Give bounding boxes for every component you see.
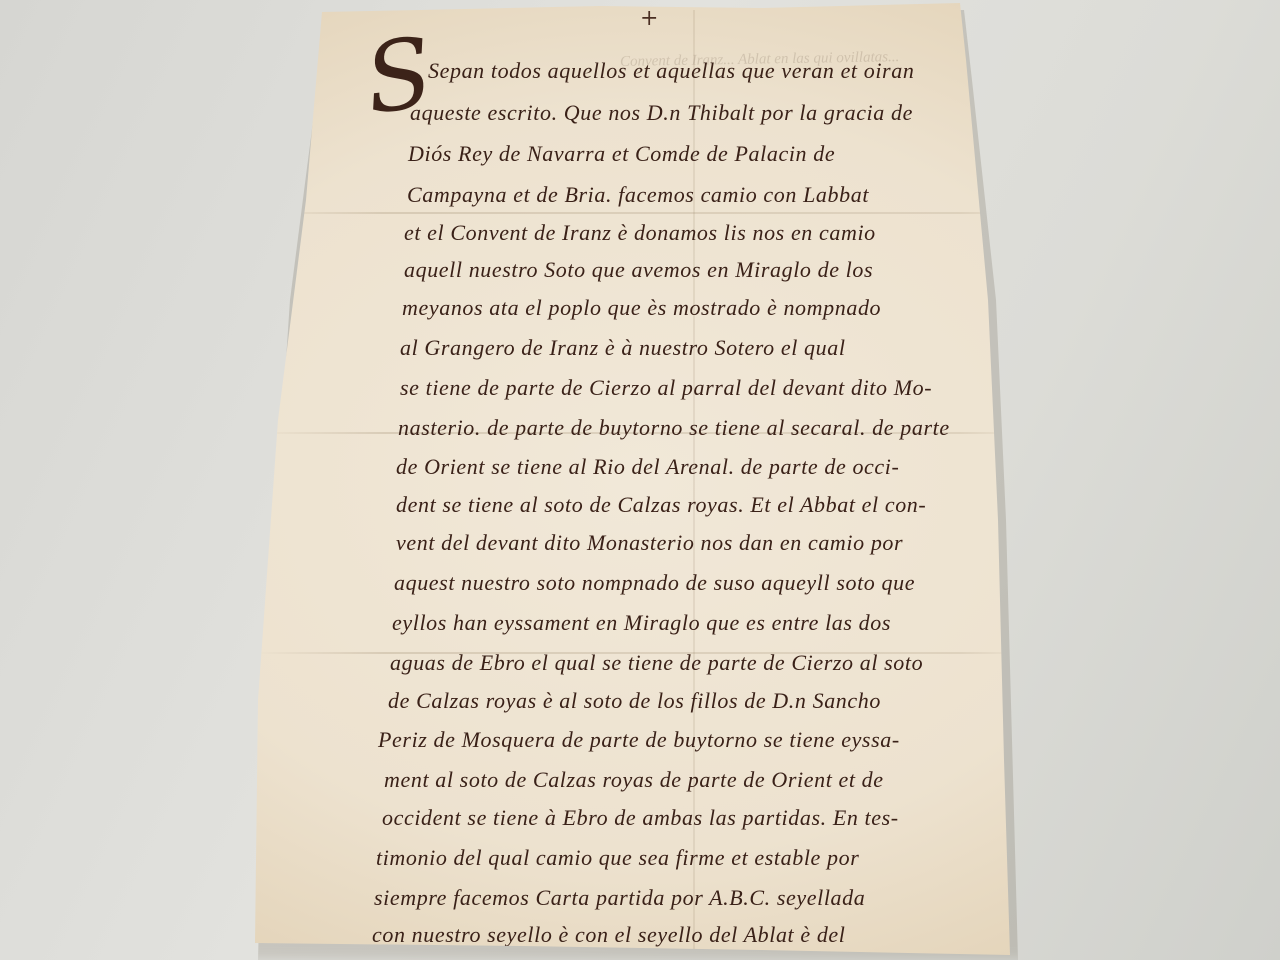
text-line: vent del devant dito Monasterio nos dan …	[396, 530, 903, 556]
photo-scene: Convent de Iranz... Ablat en las qui ovi…	[0, 0, 1280, 960]
text-line: et el Convent de Iranz è donamos lis nos…	[404, 220, 876, 246]
text-line: Periz de Mosquera de parte de buytorno s…	[378, 727, 900, 753]
text-line: Campayna et de Bria. facemos camio con L…	[407, 182, 869, 208]
text-line: siempre facemos Carta partida por A.B.C.…	[374, 885, 865, 911]
text-line: Sepan todos aquellos et aquellas que ver…	[428, 58, 914, 84]
text-line: Diós Rey de Navarra et Comde de Palacin …	[408, 141, 835, 167]
text-line: de Orient se tiene al Rio del Arenal. de…	[396, 454, 899, 480]
text-line: meyanos ata el poplo que ès mostrado è n…	[402, 295, 881, 321]
text-line: se tiene de parte de Cierzo al parral de…	[400, 375, 932, 401]
text-line: de Calzas royas è al soto de los fillos …	[388, 688, 881, 714]
text-line: timonio del qual camio que sea firme et …	[376, 845, 859, 871]
text-line: aqueste escrito. Que nos D.n Thibalt por…	[410, 100, 913, 126]
text-line: dent se tiene al soto de Calzas royas. E…	[396, 492, 926, 518]
manuscript-page: Convent de Iranz... Ablat en las qui ovi…	[0, 0, 1280, 960]
text-line: aquest nuestro soto nompnado de suso aqu…	[394, 570, 915, 596]
text-line: aquell nuestro Soto que avemos en Miragl…	[404, 257, 873, 283]
text-line: aguas de Ebro el qual se tiene de parte …	[390, 650, 923, 676]
text-line: con nuestro seyello è con el seyello del…	[372, 922, 846, 948]
text-line: al Grangero de Iranz è à nuestro Sotero …	[400, 335, 846, 361]
manuscript-text: Sepan todos aquellos et aquellas que ver…	[0, 0, 1280, 960]
text-line: ment al soto de Calzas royas de parte de…	[384, 767, 884, 793]
text-line: eyllos han eyssament en Miraglo que es e…	[392, 610, 891, 636]
text-line: nasterio. de parte de buytorno se tiene …	[398, 415, 950, 441]
text-line: occident se tiene à Ebro de ambas las pa…	[382, 805, 899, 831]
